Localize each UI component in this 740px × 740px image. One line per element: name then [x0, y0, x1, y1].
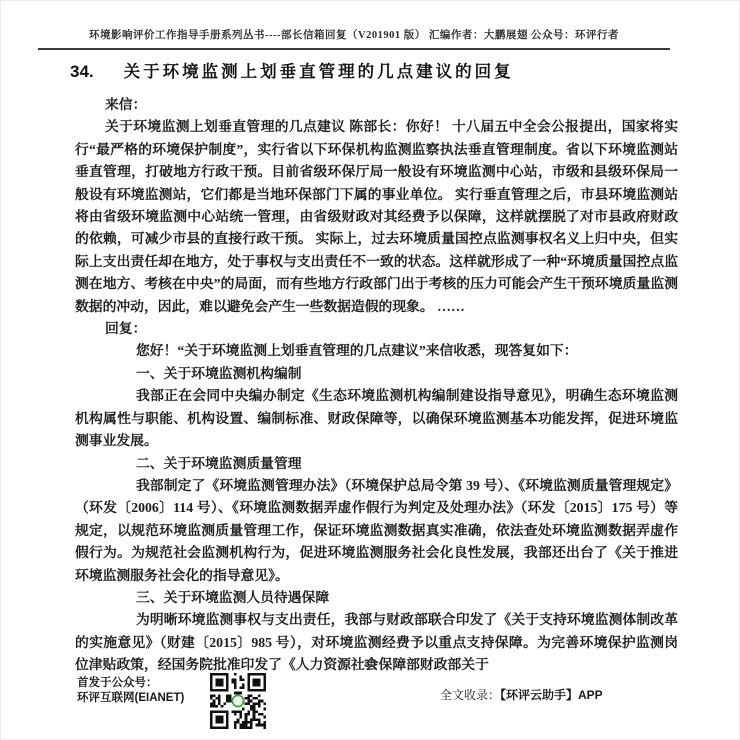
paragraph: 二、关于环境监测质量管理 [75, 453, 678, 475]
paragraph: 我部正在会同中央编办制定《生态环境监测机构编制建设指导意见》，明确生态环境监测机… [75, 385, 678, 452]
footer-publisher-line1: 首发于公众号： [77, 676, 184, 691]
page-title: 34.关于环境监测上划垂直管理的几点建议的回复 [70, 58, 514, 82]
footer-publisher-line2: 环评互联网(EIANET) [77, 691, 184, 706]
qr-code-icon [209, 673, 267, 729]
paragraph: 您好！“关于环境监测上划垂直管理的几点建议”来信收悉，现答复如下： [75, 340, 678, 362]
footer-app-prefix: 全文收录： [440, 688, 500, 702]
footer-app-name: 【环评云助手】APP [500, 688, 603, 702]
title-text: 关于环境监测上划垂直管理的几点建议的回复 [124, 62, 514, 81]
page-header: 环境影响评价工作指导手册系列丛书----部长信箱回复（V201901 版） 汇编… [38, 27, 670, 50]
footer-app-note: 全文收录：【环评云助手】APP [440, 686, 603, 703]
paragraph: 回复： [75, 318, 678, 340]
document-body: 来信：关于环境监测上划垂直管理的几点建议 陈部长：你好！ 十八届五中全会公报提出… [75, 94, 678, 677]
paragraph: 一、关于环境监测机构编制 [75, 363, 678, 385]
paragraph: 我部制定了《环境监测管理办法》（环境保护总局令第 39 号）、《环境监测质量管理… [75, 475, 678, 587]
paragraph: 三、关于环境监测人员待遇保障 [75, 587, 678, 609]
document-page: 环境影响评价工作指导手册系列丛书----部长信箱回复（V201901 版） 汇编… [0, 0, 740, 740]
footer-publisher: 首发于公众号： 环评互联网(EIANET) [77, 676, 184, 706]
paragraph: 来信： [75, 94, 678, 116]
paragraph: 关于环境监测上划垂直管理的几点建议 陈部长：你好！ 十八届五中全会公报提出，国家… [75, 116, 678, 318]
page-number: 35 [0, 658, 740, 670]
title-number: 34. [70, 62, 94, 81]
